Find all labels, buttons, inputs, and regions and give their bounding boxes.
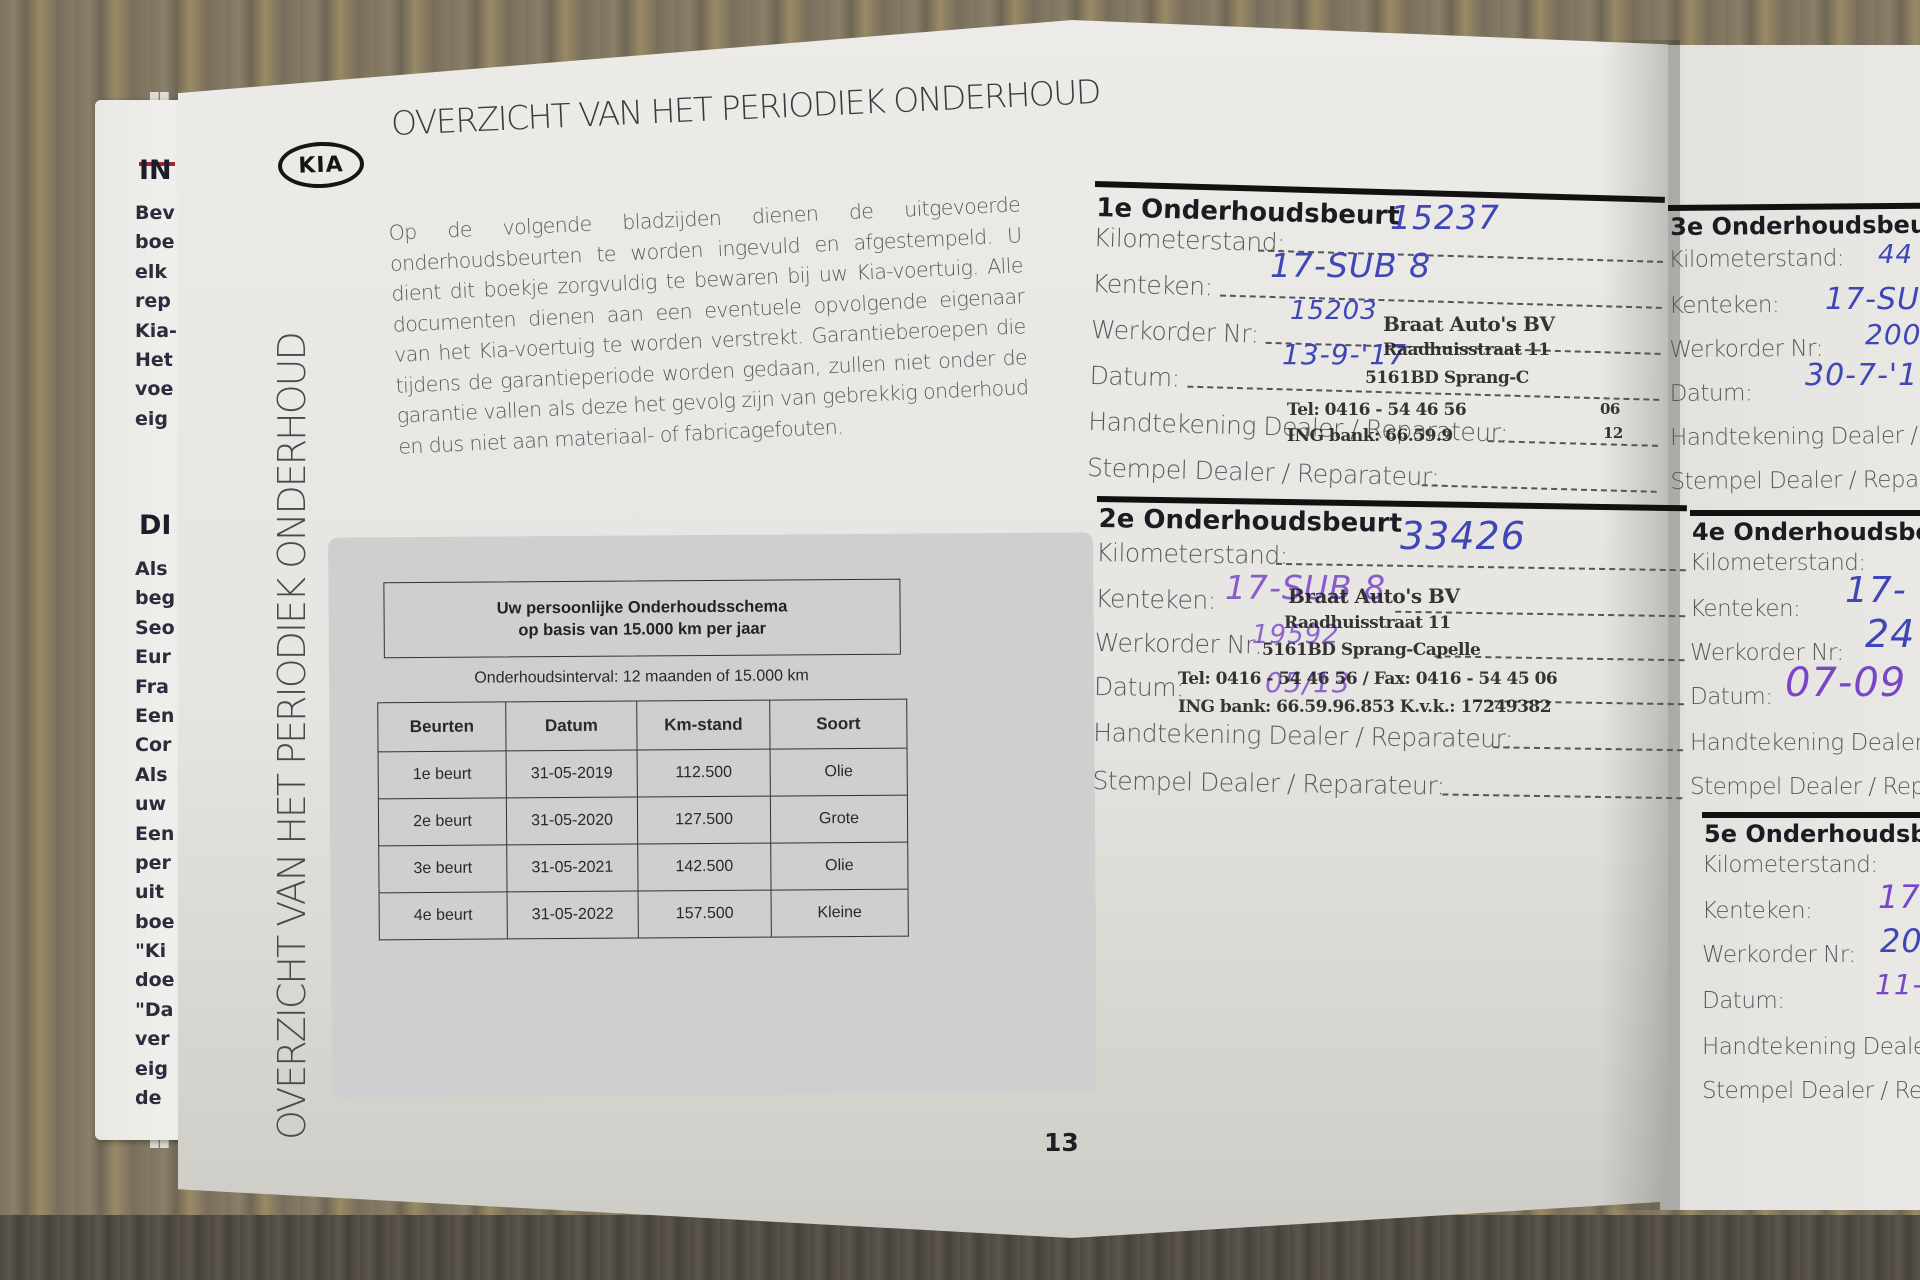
field-stamp-label: Stempel Dealer / Reparateur: <box>1690 774 1920 800</box>
table-row: 4e beurt31-05-2022157.500Kleine <box>379 889 908 940</box>
field-date-label: Datum: <box>1690 684 1773 710</box>
record-title: 4e Onderhoudsbe <box>1692 518 1920 546</box>
dealer-stamp-line: Braat Auto's BV <box>1383 312 1554 336</box>
dealer-stamp-line: ING bank: 66.59.9 <box>1287 426 1453 446</box>
table-row: 1e beurt31-05-2019112.500Olie <box>378 748 907 799</box>
table-row: 2e beurt31-05-2020127.500Grote <box>378 795 907 846</box>
field-stamp-label: Stempel Dealer / Reparateur: <box>1670 466 1920 495</box>
field-signature-label: Handtekening Dealer / Reparateur: <box>1690 730 1920 756</box>
page-number: 13 <box>1044 1128 1079 1157</box>
handwritten-plate: 17-SUB 8 <box>1270 246 1431 285</box>
record-title: 2e Onderhoudsbeurt <box>1098 504 1402 539</box>
table-cell: Grote <box>770 795 907 843</box>
handwritten-workorder: 24 <box>1865 612 1915 656</box>
field-km-label: Kilometerstand: <box>1702 852 1878 878</box>
table-cell: 157.500 <box>638 890 771 938</box>
handwritten-date: 11-1 <box>1875 968 1920 1001</box>
field-workorder-label: Werkorder Nr: <box>1702 942 1856 968</box>
table-cell: 31-05-2021 <box>507 844 638 892</box>
table-cell: 4e beurt <box>379 892 507 940</box>
field-date-label: Datum: <box>1089 361 1180 393</box>
dealer-stamp-line: Raadhuisstraat 11 <box>1284 613 1451 633</box>
dealer-stamp-line: Tel: 0416 - 54 46 56 <box>1287 400 1466 420</box>
field-plate-label: Kenteken: <box>1669 292 1780 319</box>
dealer-stamp-line: 06 <box>1600 400 1620 418</box>
field-signature-label: Handtekening Dealer / Reparateur: <box>1702 1034 1920 1060</box>
dealer-stamp-line: 5161BD Sprang-C <box>1365 368 1529 388</box>
field-plate-label: Kenteken: <box>1702 898 1812 924</box>
field-workorder-label: Werkorder Nr: <box>1091 315 1259 349</box>
table-cell: Olie <box>770 748 907 796</box>
handwritten-km: 44 <box>1878 240 1913 270</box>
intro-paragraph: Op de volgende bladzijden dienen de uitg… <box>388 189 1030 461</box>
field-workorder-label: Werkorder Nr: <box>1094 628 1262 660</box>
field-stamp-label: Stempel Dealer / Reparateur: <box>1092 766 1445 801</box>
table-cell: Kleine <box>771 889 908 937</box>
maintenance-schedule-card: Uw persoonlijke Onderhoudsschema op basi… <box>328 532 1097 1097</box>
vertical-page-title: OVERZICHT VAN HET PERIODIEK ONDERHOUD <box>270 333 314 1140</box>
field-km-label: Kilometerstand: <box>1096 538 1288 570</box>
handwritten-date: 30-7-'1 <box>1805 358 1918 393</box>
table-cell: 142.500 <box>638 843 771 891</box>
record-title: 3e Onderhoudsbeu <box>1670 211 1920 241</box>
handwritten-workorder: 200 <box>1865 318 1920 351</box>
schedule-title: Uw persoonlijke Onderhoudsschema op basi… <box>383 579 901 659</box>
table-cell: 2e beurt <box>378 798 506 846</box>
handwritten-km: 15237 <box>1390 198 1500 237</box>
schedule-interval: Onderhoudsinterval: 12 maanden of 15.000… <box>384 667 899 689</box>
dealer-stamp-line: Raadhuisstraat 11 <box>1383 340 1550 360</box>
field-plate-label: Kenteken: <box>1095 584 1216 615</box>
field-stamp-label: Stempel Dealer / Reparateur: <box>1702 1078 1920 1104</box>
field-plate-label: Kenteken: <box>1690 596 1800 622</box>
field-workorder-label: Werkorder Nr: <box>1669 336 1823 363</box>
table-cell: 112.500 <box>637 749 770 797</box>
table-cell: Olie <box>771 842 908 890</box>
field-date-label: Datum: <box>1702 988 1785 1014</box>
dealer-stamp-line: 5161BD Sprang-Capelle <box>1262 640 1480 660</box>
table-cell: 31-05-2019 <box>506 750 637 798</box>
schedule-table: Beurten Datum Km-stand Soort 1e beurt31-… <box>377 699 909 941</box>
table-cell: 3e beurt <box>379 845 507 893</box>
record-title: 5e Onderhoudsb <box>1704 820 1920 848</box>
field-km-label: Kilometerstand: <box>1093 223 1285 257</box>
handwritten-workorder: 20 <box>1880 922 1920 960</box>
field-signature-label: Handtekening Dealer / Reparateur: <box>1670 422 1920 451</box>
table-row: 3e beurt31-05-2021142.500Olie <box>379 842 908 893</box>
handwritten-km: 33426 <box>1400 514 1526 558</box>
table-cell: 127.500 <box>637 796 770 844</box>
dealer-stamp-line: ING bank: 66.59.96.853 K.v.k.: 17249382 <box>1178 697 1551 717</box>
table-cell: 1e beurt <box>378 751 506 799</box>
dealer-stamp-line: Tel: 0416 - 54 46 56 / Fax: 0416 - 54 45… <box>1178 669 1557 689</box>
handwritten-workorder: 15203 <box>1290 296 1378 326</box>
handwritten-plate: 17- <box>1845 570 1907 611</box>
field-date-label: Datum: <box>1670 380 1753 407</box>
dealer-stamp-line: Braat Auto's BV <box>1288 584 1459 608</box>
handwritten-plate: 17-SU <box>1825 282 1920 317</box>
table-cell: 31-05-2020 <box>506 797 637 845</box>
field-km-label: Kilometerstand: <box>1668 245 1844 273</box>
field-date-label: Datum: <box>1094 672 1184 702</box>
handwritten-plate: 17 <box>1878 878 1920 916</box>
table-cell: 31-05-2022 <box>507 891 638 939</box>
field-km-label: Kilometerstand: <box>1690 550 1866 576</box>
table-header-row: Beurten Datum Km-stand Soort <box>378 699 907 752</box>
field-plate-label: Kenteken: <box>1092 269 1213 301</box>
dealer-stamp-line: 12 <box>1603 424 1623 442</box>
handwritten-date: 07-09 <box>1785 660 1906 706</box>
page-curl-shadow <box>1600 40 1680 1210</box>
